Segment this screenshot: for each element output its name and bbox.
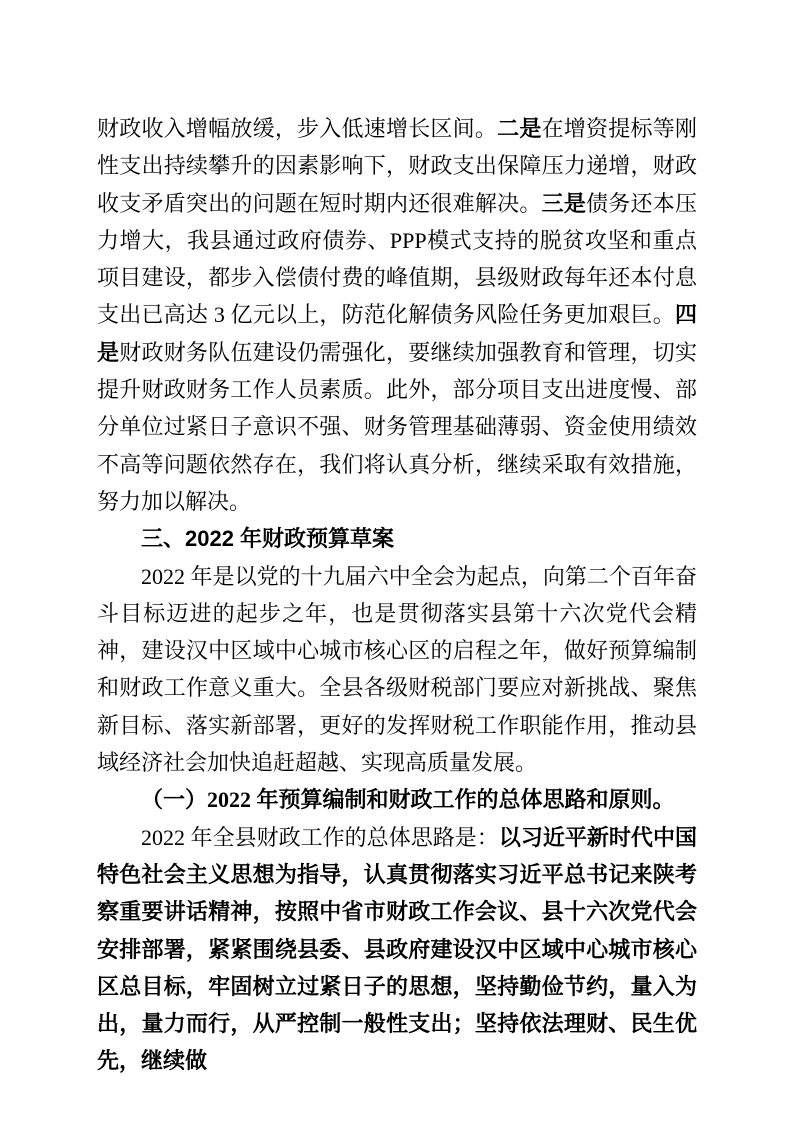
heading-section-three: 三、2022 年财政预算草案 — [97, 520, 697, 557]
text-run-bold: 以习近平新时代中国特色社会主义思想为指导，认真贯彻落实习近平总书记来陕考察重要讲… — [97, 825, 697, 1074]
page-content: 财政收入增幅放缓，步入低速增长区间。二是在增资提标等刚性支出持续攀升的因素影响下… — [97, 110, 697, 1080]
text-run-bold: （一）2022 年预算编制和财政工作的总体思路和原则。 — [141, 787, 675, 812]
text-run: 财政财务队伍建设仍需强化，要继续加强教育和管理，切实提升财政财务工作人员素质。此… — [97, 340, 697, 514]
para-overall-approach: 2022 年全县财政工作的总体思路是：以习近平新时代中国特色社会主义思想为指导，… — [97, 819, 697, 1080]
para-fiscal-challenges: 财政收入增幅放缓，步入低速增长区间。二是在增资提标等刚性支出持续攀升的因素影响下… — [97, 110, 697, 520]
text-run: 财政收入增幅放缓，步入低速增长区间。 — [97, 116, 497, 141]
text-run-bold: 二是 — [497, 116, 541, 141]
text-run: 2022 年是以党的十九届六中全会为起点，向第二个百年奋斗目标迈进的起步之年，也… — [97, 564, 697, 775]
text-run-bold: 三、2022 年财政预算草案 — [141, 526, 394, 551]
document-page: 财政收入增幅放缓，步入低速增长区间。二是在增资提标等刚性支出持续攀升的因素影响下… — [0, 0, 793, 1122]
text-run: 2022 年全县财政工作的总体思路是： — [141, 825, 499, 850]
text-run-bold: 三是 — [542, 191, 586, 216]
heading-subsection-one: （一）2022 年预算编制和财政工作的总体思路和原则。 — [97, 781, 697, 818]
para-2022-significance: 2022 年是以党的十九届六中全会为起点，向第二个百年奋斗目标迈进的起步之年，也… — [97, 558, 697, 782]
